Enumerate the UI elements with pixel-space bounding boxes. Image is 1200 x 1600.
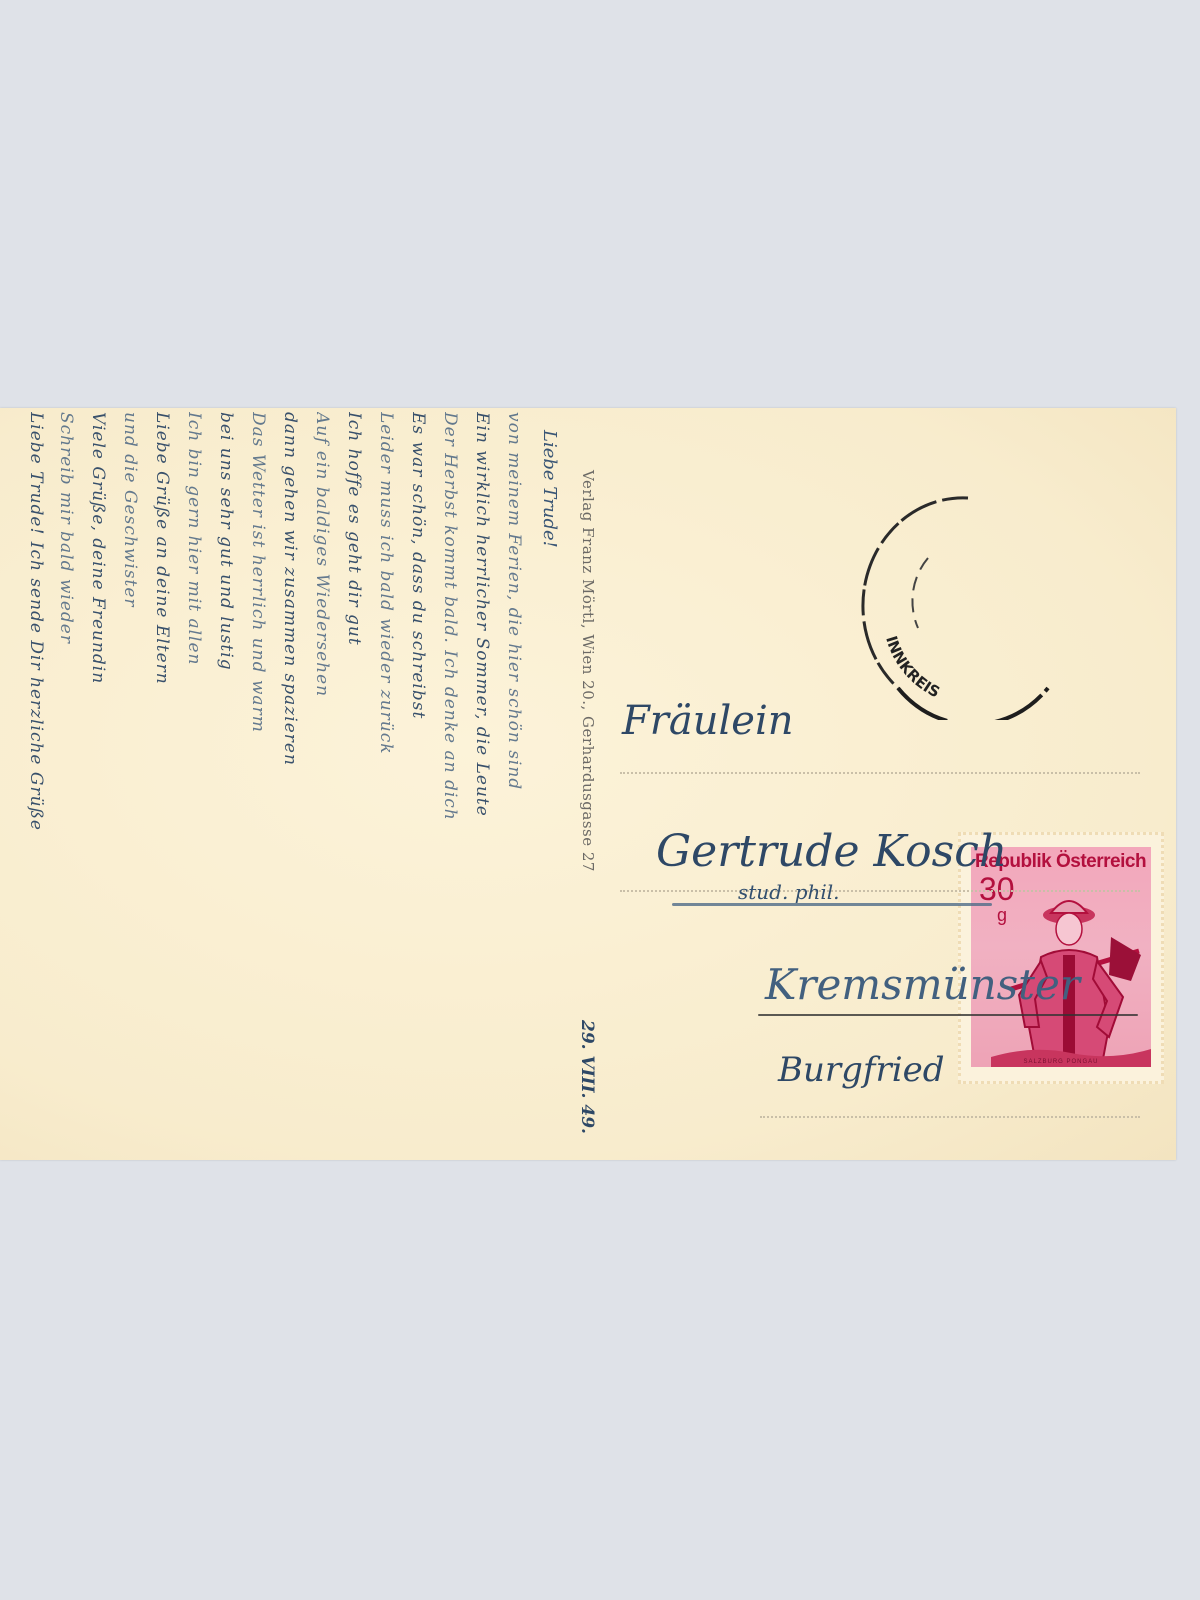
address-title: Fräulein [622,698,794,744]
address-rule [760,1116,1140,1118]
message-line: Liebe Trude! Ich sende Dir herzliche Grü… [22,412,46,1157]
message-line: Der Herbst kommt bald. Ich denke an dich [436,412,460,1157]
handwritten-message: von meinem Ferien, die hier schön sind E… [0,408,560,1160]
message-line: Ich hoffe es geht dir gut [340,412,364,1157]
message-line: Ich bin gern hier mit allen [180,412,204,1157]
city-underline [758,1014,1138,1016]
message-line: Das Wetter ist herrlich und warm [244,412,268,1157]
address-city: Kremsmünster [765,960,1080,1009]
message-line: Liebe Grüße an deine Eltern [148,412,172,1157]
address-rule [620,890,1140,892]
message-salutation: Liebe Trude! [532,430,560,790]
message-line: Schreib mir bald wieder [52,412,76,1157]
message-line: Es war schön, dass du schreibst [404,412,428,1157]
message-line: von meinem Ferien, die hier schön sind [500,412,524,1157]
message-line: dann gehen wir zusammen spazieren [276,412,300,1157]
message-line: Viele Grüße, deine Freundin [84,412,108,1157]
message-line: Ein wirklich herrlicher Sommer, die Leut… [468,412,492,1157]
message-line: bei uns sehr gut und lustig [212,412,236,1157]
address-name: Gertrude Kosch [656,826,1007,877]
address-qualifier: stud. phil. [738,880,840,904]
stamp-unit: g [997,905,1007,926]
stamp-value: 30 [979,873,1015,905]
message-date: 29. VIII. 49. [573,1020,597,1150]
message-line: Auf ein baldiges Wiedersehen [308,412,332,1157]
address-locality: Burgfried [778,1050,945,1090]
stamp-caption: SALZBURG PONGAU [971,1059,1151,1065]
message-line: und die Geschwister [116,412,140,1157]
stamp-image: Republik Österreich 30 g SALZBURG PONGAU [971,847,1151,1067]
message-line: Leider muss ich bald wieder zurück [372,412,396,1157]
address-rule [620,772,1140,774]
